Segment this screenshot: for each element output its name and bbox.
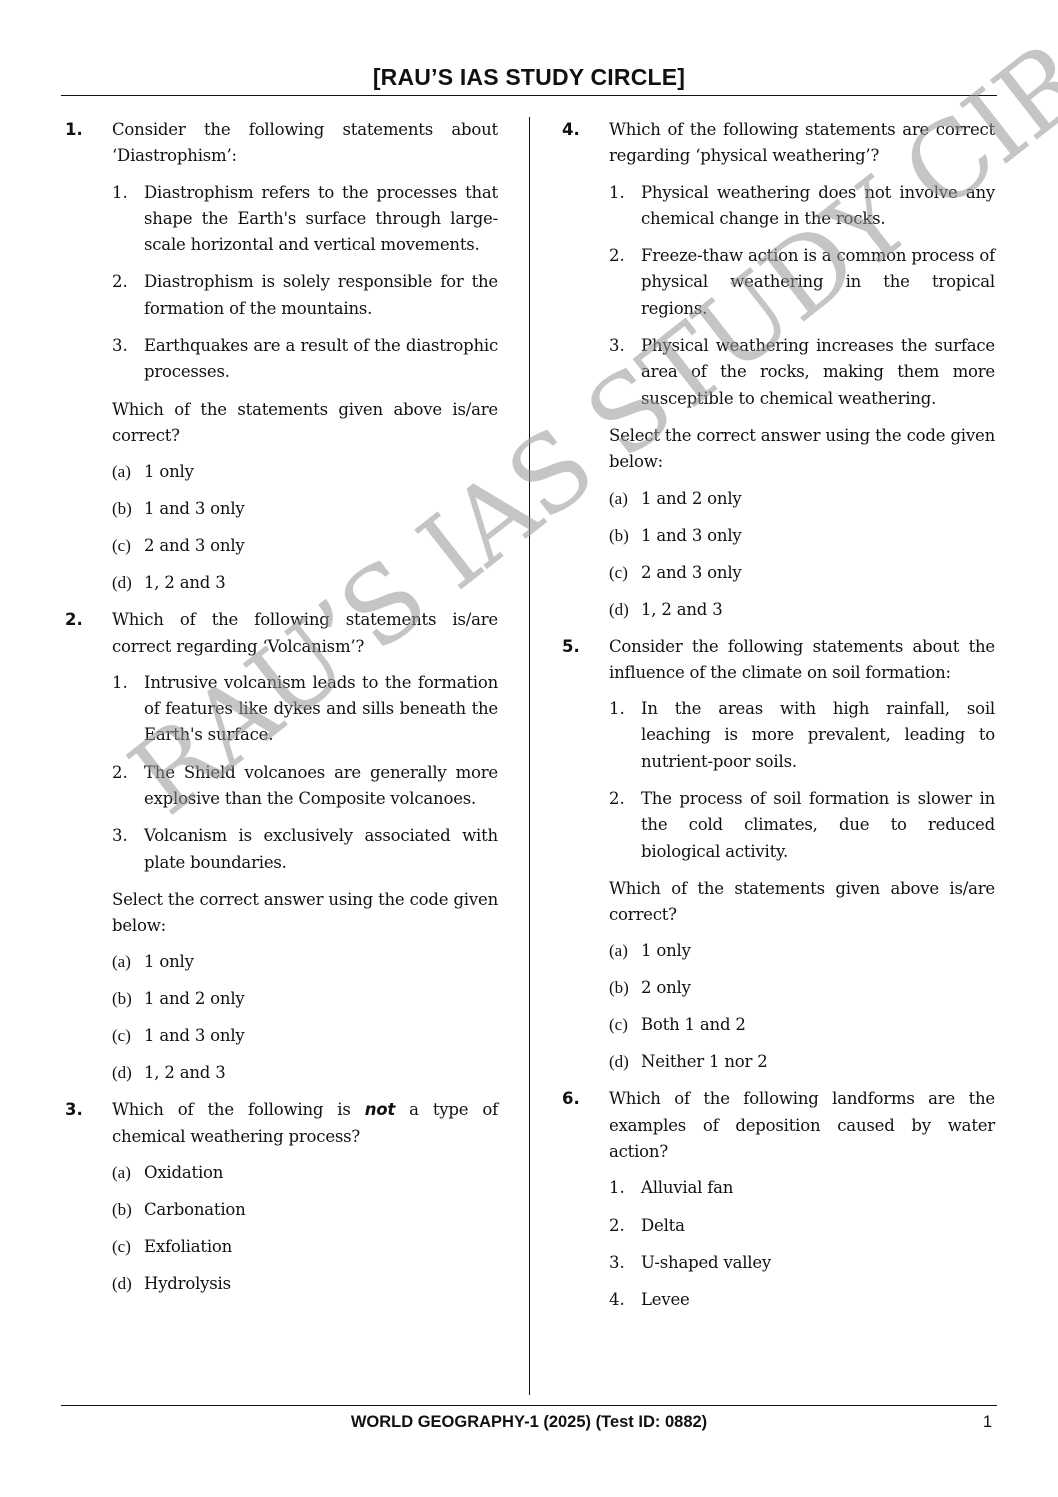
statement-text: Volcanism is exclusively associated with… <box>144 823 498 876</box>
question-1: 1. Consider the following statements abo… <box>62 117 498 597</box>
option-a: (a) 1 only <box>609 938 995 964</box>
question-4: 4. Which of the following statements are… <box>559 117 995 623</box>
statement-text: U-shaped valley <box>641 1250 995 1276</box>
statement: 3. Earthquakes are a result of the diast… <box>112 333 498 386</box>
question-text-emphasis: not <box>365 1100 395 1119</box>
statement-number: 1. <box>112 180 128 206</box>
option-text: 1 only <box>144 949 194 975</box>
option-text: 2 only <box>641 975 691 1001</box>
option-b: (b) 1 and 3 only <box>609 523 995 549</box>
option-label: (a) <box>112 1160 144 1186</box>
statement: 3. U-shaped valley <box>609 1250 995 1276</box>
option-text: Hydrolysis <box>144 1271 231 1297</box>
statement-text: Physical weathering does not involve any… <box>641 180 995 233</box>
option-a: (a) Oxidation <box>112 1160 498 1186</box>
option-d: (d) 1, 2 and 3 <box>112 1060 498 1086</box>
question-2: 2. Which of the following statements is/… <box>62 607 498 1087</box>
footer-divider <box>61 1405 997 1406</box>
option-a: (a) 1 only <box>112 459 498 485</box>
option-text: Exfoliation <box>144 1234 232 1260</box>
statement-number: 4. <box>609 1287 625 1313</box>
statement-number: 2. <box>609 1213 625 1239</box>
option-label: (d) <box>609 1049 641 1075</box>
statement: 3. Physical weathering increases the sur… <box>609 333 995 412</box>
question-6: 6. Which of the following landforms are … <box>559 1086 995 1313</box>
question-text: Which of the following statements are co… <box>609 117 995 170</box>
option-text: Oxidation <box>144 1160 223 1186</box>
header-divider <box>61 95 997 96</box>
option-c: (c) Exfoliation <box>112 1234 498 1260</box>
statement-text: Diastrophism refers to the processes tha… <box>144 180 498 259</box>
option-label: (c) <box>112 1023 144 1049</box>
option-d: (d) Neither 1 nor 2 <box>609 1049 995 1075</box>
option-label: (a) <box>609 938 641 964</box>
option-text: 1 only <box>144 459 194 485</box>
option-d: (d) 1, 2 and 3 <box>112 570 498 596</box>
option-label: (d) <box>112 1271 144 1297</box>
statement: 3. Volcanism is exclusively associated w… <box>112 823 498 876</box>
option-label: (a) <box>112 459 144 485</box>
option-text: Carbonation <box>144 1197 246 1223</box>
statement-text: In the areas with high rainfall, soil le… <box>641 696 995 775</box>
option-label: (c) <box>112 1234 144 1260</box>
option-text: Both 1 and 2 <box>641 1012 746 1038</box>
option-b: (b) 1 and 3 only <box>112 496 498 522</box>
option-label: (c) <box>609 1012 641 1038</box>
statement-text: Alluvial fan <box>641 1175 995 1201</box>
statement: 1. Physical weathering does not involve … <box>609 180 995 233</box>
option-a: (a) 1 only <box>112 949 498 975</box>
left-column: 1. Consider the following statements abo… <box>62 117 498 1308</box>
statement-number: 3. <box>112 333 128 359</box>
option-label: (c) <box>112 533 144 559</box>
option-c: (c) Both 1 and 2 <box>609 1012 995 1038</box>
statement-number: 3. <box>112 823 128 849</box>
question-text: Consider the following statements about … <box>609 634 995 687</box>
statement-text: Levee <box>641 1287 995 1313</box>
question-prompt: Select the correct answer using the code… <box>609 423 995 476</box>
statement-number: 1. <box>609 1175 625 1201</box>
option-c: (c) 2 and 3 only <box>112 533 498 559</box>
option-b: (b) 2 only <box>609 975 995 1001</box>
question-number: 5. <box>562 634 580 660</box>
statement-number: 2. <box>112 760 128 786</box>
statement-number: 2. <box>609 786 625 812</box>
option-text: Neither 1 nor 2 <box>641 1049 768 1075</box>
statement-number: 1. <box>112 670 128 696</box>
statement-text: The Shield volcanoes are generally more … <box>144 760 498 813</box>
option-b: (b) Carbonation <box>112 1197 498 1223</box>
option-label: (c) <box>609 560 641 586</box>
statement: 2. Diastrophism is solely responsible fo… <box>112 269 498 322</box>
option-text: 2 and 3 only <box>144 533 245 559</box>
statement-number: 2. <box>112 269 128 295</box>
option-text: 1 and 3 only <box>641 523 742 549</box>
option-label: (b) <box>112 496 144 522</box>
statement: 1. Diastrophism refers to the processes … <box>112 180 498 259</box>
option-a: (a) 1 and 2 only <box>609 486 995 512</box>
option-c: (c) 1 and 3 only <box>112 1023 498 1049</box>
statement: 2. The process of soil formation is slow… <box>609 786 995 865</box>
option-c: (c) 2 and 3 only <box>609 560 995 586</box>
question-3: 3. Which of the following is not a type … <box>62 1097 498 1297</box>
option-label: (b) <box>609 975 641 1001</box>
option-text: 1, 2 and 3 <box>144 1060 226 1086</box>
option-label: (d) <box>609 597 641 623</box>
statement-number: 1. <box>609 180 625 206</box>
statement-number: 1. <box>609 696 625 722</box>
question-text-before: Which of the following is <box>112 1100 365 1119</box>
option-d: (d) Hydrolysis <box>112 1271 498 1297</box>
statement-text: Delta <box>641 1213 995 1239</box>
question-5: 5. Consider the following statements abo… <box>559 634 995 1076</box>
option-label: (a) <box>609 486 641 512</box>
question-number: 3. <box>65 1097 83 1123</box>
question-number: 2. <box>65 607 83 633</box>
question-number: 6. <box>562 1086 580 1112</box>
option-text: 1 and 3 only <box>144 496 245 522</box>
question-text: Consider the following statements about … <box>112 117 498 170</box>
statement: 2. Delta <box>609 1213 995 1239</box>
option-text: 1, 2 and 3 <box>641 597 723 623</box>
page-number: 1 <box>983 1413 992 1432</box>
option-text: 1, 2 and 3 <box>144 570 226 596</box>
question-text: Which of the following landforms are the… <box>609 1086 995 1165</box>
statement-number: 3. <box>609 333 625 359</box>
statement-text: Earthquakes are a result of the diastrop… <box>144 333 498 386</box>
option-text: 1 and 2 only <box>641 486 742 512</box>
statement: 1. Alluvial fan <box>609 1175 995 1201</box>
option-label: (b) <box>112 1197 144 1223</box>
statement-text: Freeze-thaw action is a common process o… <box>641 243 995 322</box>
option-b: (b) 1 and 2 only <box>112 986 498 1012</box>
statement: 1. Intrusive volcanism leads to the form… <box>112 670 498 749</box>
option-label: (b) <box>609 523 641 549</box>
question-prompt: Which of the statements given above is/a… <box>609 876 995 929</box>
statement-text: The process of soil formation is slower … <box>641 786 995 865</box>
option-text: 1 only <box>641 938 691 964</box>
option-label: (d) <box>112 1060 144 1086</box>
page-header-title: [RAU’S IAS STUDY CIRCLE] <box>0 64 1058 91</box>
statement-text: Physical weathering increases the surfac… <box>641 333 995 412</box>
question-prompt: Which of the statements given above is/a… <box>112 397 498 450</box>
statement: 2. The Shield volcanoes are generally mo… <box>112 760 498 813</box>
question-prompt: Select the correct answer using the code… <box>112 887 498 940</box>
statement-number: 3. <box>609 1250 625 1276</box>
question-number: 1. <box>65 117 83 143</box>
statement: 1. In the areas with high rainfall, soil… <box>609 696 995 775</box>
statement-text: Diastrophism is solely responsible for t… <box>144 269 498 322</box>
option-label: (d) <box>112 570 144 596</box>
question-number: 4. <box>562 117 580 143</box>
option-d: (d) 1, 2 and 3 <box>609 597 995 623</box>
statement: 4. Levee <box>609 1287 995 1313</box>
statement: 2. Freeze-thaw action is a common proces… <box>609 243 995 322</box>
option-text: 2 and 3 only <box>641 560 742 586</box>
option-label: (a) <box>112 949 144 975</box>
option-text: 1 and 3 only <box>144 1023 245 1049</box>
right-column: 4. Which of the following statements are… <box>559 117 995 1324</box>
option-text: 1 and 2 only <box>144 986 245 1012</box>
option-label: (b) <box>112 986 144 1012</box>
footer-title: WORLD GEOGRAPHY-1 (2025) (Test ID: 0882) <box>0 1413 1058 1432</box>
question-text: Which of the following is not a type of … <box>112 1097 498 1150</box>
column-divider <box>529 117 530 1395</box>
question-text: Which of the following statements is/are… <box>112 607 498 660</box>
statement-text: Intrusive volcanism leads to the formati… <box>144 670 498 749</box>
statement-number: 2. <box>609 243 625 269</box>
